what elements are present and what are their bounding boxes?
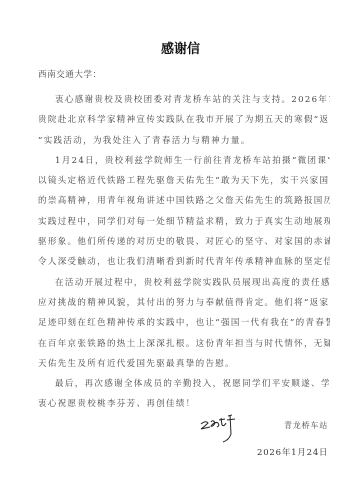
body-line: 的崇高精神，用青年视角讲述中国铁路之父詹天佑先生的筑路报国历程。 — [38, 191, 330, 211]
body-line: 天佑先生及所有近代爱国先驱最真挚的告慰。 — [38, 354, 330, 374]
body-line: 衷心感谢贵校及贵校团委对青龙桥车站的关注与支持。2026年1月， — [38, 90, 330, 110]
signature-icon — [198, 410, 242, 446]
body-line: 足迹印刻在红色精神传承的实践中，也让“强国一代有我在”的青春誓言， — [38, 313, 330, 333]
body-line: 驱形象。他们所传递的对历史的敬畏、对匠心的坚守、对家国的赤诚， — [38, 232, 330, 252]
body-line: 在活动开展过程中，贵校利兹学院实践队员展现出高度的责任感与积极 — [38, 273, 330, 293]
body-line: ”实践活动，为我处注入了青春活力与精神力量。 — [38, 131, 330, 151]
body-line: 实践过程中，同学们对每一处细节精益求精，致力于真实生动地展现先 — [38, 212, 330, 232]
body-line: 令人深受触动，也让我们清晰看到新时代青年传承精神血脉的坚定信念。 — [38, 252, 330, 272]
signer-name: 青龙桥车站 — [284, 420, 328, 431]
body-line: 贵院赴北京科学家精神宣传实践队在我市开展了为期五天的寒假“返家乡 — [38, 110, 330, 130]
body-line: 应对挑战的精神风貌，其付出的努力与奉献值得肯定。他们将“返家乡”的 — [38, 293, 330, 313]
letter-date: 2026年1月24日 — [257, 446, 328, 458]
letter-title: 感谢信 — [0, 38, 361, 57]
body-line: 最后，再次感谢全体成员的辛勤投入，祝愿同学们平安顺遂、学业精进！ — [38, 374, 330, 394]
body-line: 在百年京张铁路的热土上深深扎根。这份青年担当与时代情怀，无疑是对詹 — [38, 334, 330, 354]
salutation: 西南交通大学： — [38, 68, 102, 80]
body-line: 以镜头定格近代铁路工程先驱詹天佑先生“敢为天下先，实干兴家国” — [38, 171, 330, 191]
letter-body: 衷心感谢贵校及贵校团委对青龙桥车站的关注与支持。2026年1月， 贵院赴北京科学… — [38, 90, 330, 415]
body-line: 衷心祝愿贵校桃李芬芳、再创佳绩！ — [38, 394, 330, 414]
body-line: 1月24日，贵校利兹学院师生一行前往青龙桥车站拍摄“微团课”， — [38, 151, 330, 171]
